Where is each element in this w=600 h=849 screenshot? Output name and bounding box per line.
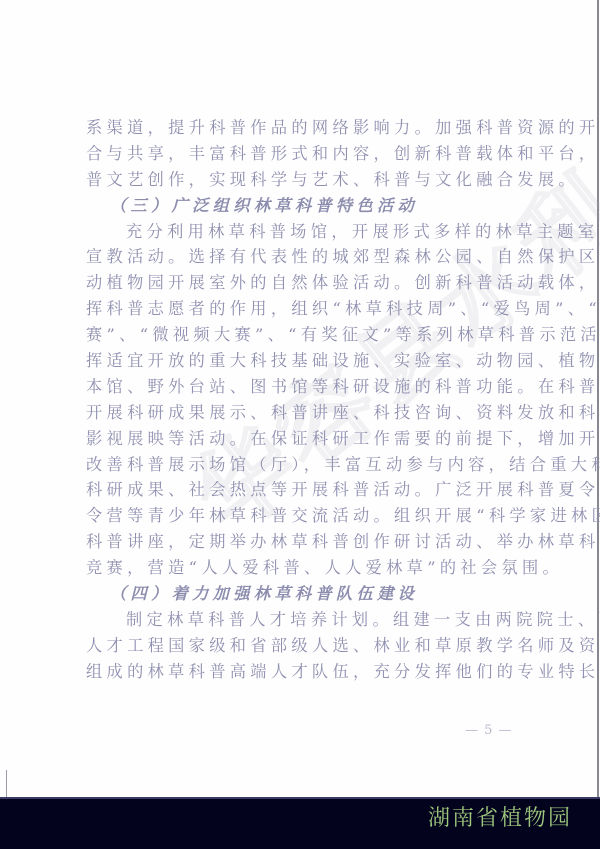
section-heading: （四）着力加强林草科普队伍建设: [86, 581, 516, 607]
document-page: 华容县水利 系渠道，提升科普作品的网络影响力。加强科普资源的开发、整合与共享，丰…: [0, 0, 600, 797]
text-line: 宣教活动。选择有代表性的城郊型森林公园、自然保护区和野生: [86, 244, 516, 270]
text-line: 开展科研成果展示、科普讲座、科技咨询、资料发放和科普专题: [86, 400, 516, 426]
source-banner: 湖南省植物园: [0, 797, 600, 849]
text-line: 本馆、野外台站、图书馆等科研设施的科普功能。在科普开放日，: [86, 374, 516, 400]
text-line: 影视展映等活动。在保证科研工作需要的前提下，增加开放时间，: [86, 426, 516, 452]
page-edge-mark: [6, 770, 7, 797]
text-line: 组成的林草科普高端人才队伍，充分发挥他们的专业特长，针对: [86, 659, 516, 685]
text-line: 科普讲座，定期举办林草科普创作研讨活动、举办林草科普知识: [86, 529, 516, 555]
text-line: 制定林草科普人才培养计划。组建一支由两院院士、百千万: [86, 607, 516, 633]
text-line: 合与共享，丰富科普形式和内容，创新科普载体和平台，繁荣科: [86, 141, 516, 167]
text-line: 系渠道，提升科普作品的网络影响力。加强科普资源的开发、整: [86, 115, 516, 141]
text-line: 挥适宜开放的重大科技基础设施、实验室、动物园、植物园、标: [86, 348, 516, 374]
banner-label: 湖南省植物园: [428, 801, 572, 832]
text-line: 挥科普志愿者的作用，组织“林草科技周”、“爱鸟周”、“讲解大: [86, 296, 516, 322]
text-line: 普文艺创作，实现科学与艺术、科普与文化融合发展。: [86, 167, 516, 193]
text-line: 充分利用林草科普场馆，开展形式多样的林草主题室内科普: [86, 219, 516, 245]
text-line: 竞赛，营造“人人爱科普、人人爱林草”的社会氛围。: [86, 555, 516, 581]
document-body: 系渠道，提升科普作品的网络影响力。加强科普资源的开发、整合与共享，丰富科普形式和…: [86, 115, 516, 685]
text-line: 赛”、“微视频大赛”、“有奖征文”等系列林草科普示范活动。发: [86, 322, 516, 348]
text-line: 改善科普展示场馆（厅），丰富互动参与内容，结合重大科学事件、: [86, 452, 516, 478]
section-heading: （三）广泛组织林草科普特色活动: [86, 193, 516, 219]
text-line: 科研成果、社会热点等开展科普活动。广泛开展科普夏令营、冬: [86, 477, 516, 503]
text-line: 动植物园开展室外的自然体验活动。创新科普活动载体，积极发: [86, 270, 516, 296]
text-line: 人才工程国家级和省部级人选、林业和草原教学名师及资深专家: [86, 633, 516, 659]
page-number: — 5 —: [465, 723, 513, 738]
text-line: 令营等青少年林草科普交流活动。组织开展“科学家进林区牧区”: [86, 503, 516, 529]
